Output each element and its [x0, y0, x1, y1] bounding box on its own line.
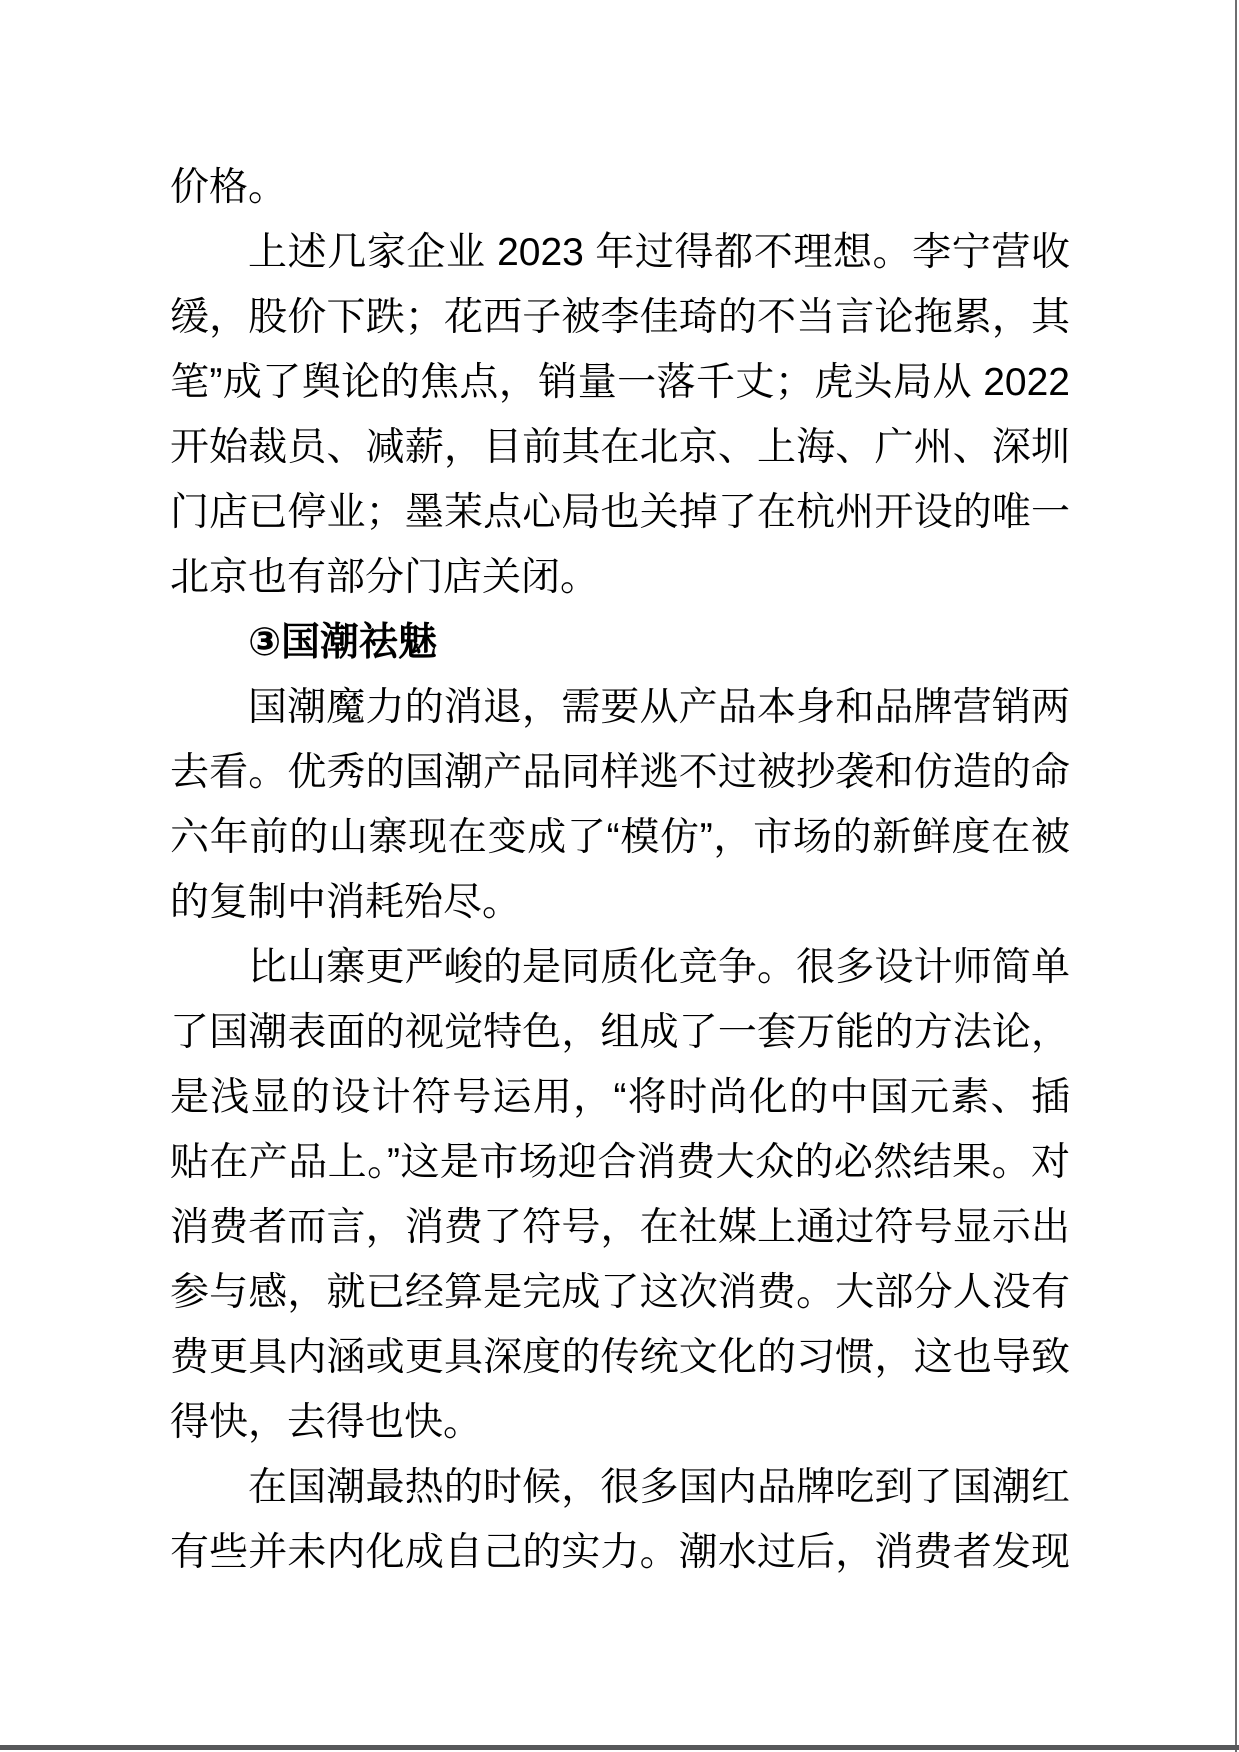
page-text: 价格。 上述几家企业 2023 年过得都不理想。李宁营收增速放 缓，股价下跌；花…: [170, 155, 1070, 1585]
text-line: 价格。: [170, 155, 1070, 220]
text-line: 去看。优秀的国潮产品同样逃不过被抄袭和仿造的命运，五: [170, 740, 1070, 805]
text-line: 贴在产品上。”这是市场迎合消费大众的必然结果。对大多数: [170, 1130, 1070, 1195]
text-line: 开始裁员、减薪，目前其在北京、上海、广州、深圳等多地的: [170, 415, 1070, 480]
text-line: 缓，股价下跌；花西子被李佳琦的不当言论拖累，其“79 元眉: [170, 285, 1070, 350]
text-line: 费更具内涵或更具深度的传统文化的习惯，这也导致他们来: [170, 1325, 1070, 1390]
text-line: 比山寨更严峻的是同质化竞争。很多设计师简单地总结: [170, 935, 1070, 1000]
text-line: 是浅显的设计符号运用，“将时尚化的中国元素、插画，直接: [170, 1065, 1070, 1130]
text-line: 门店已停业；墨茉点心局也关掉了在杭州开设的唯一门店，: [170, 480, 1070, 545]
text-line: 消费者而言，消费了符号，在社媒上通过符号显示出一定的: [170, 1195, 1070, 1260]
text-line: 了国潮表面的视觉特色，组成了一套万能的方法论，设计只: [170, 1000, 1070, 1065]
text-line: 参与感，就已经算是完成了这次消费。大部分人没有养成消: [170, 1260, 1070, 1325]
text-line: 上述几家企业 2023 年过得都不理想。李宁营收增速放: [170, 220, 1070, 285]
text-line: 在国潮最热的时候，很多国内品牌吃到了国潮红利，但: [170, 1455, 1070, 1520]
page-bottom-edge: [0, 1745, 1239, 1750]
text-line: 北京也有部分门店关闭。: [170, 545, 1070, 610]
text-line: 国潮魔力的消退，需要从产品本身和品牌营销两个方面: [170, 675, 1070, 740]
text-line: 笔”成了舆论的焦点，销量一落千丈；虎头局从 2022 年 4 月: [170, 350, 1070, 415]
page-right-border: [1235, 0, 1237, 1752]
text-line: 得快，去得也快。: [170, 1390, 1070, 1455]
text-line: ③国潮祛魅: [170, 610, 1070, 675]
text-line: 的复制中消耗殆尽。: [170, 870, 1070, 935]
text-line: 有些并未内化成自己的实力。潮水过后，消费者发现一些品: [170, 1520, 1070, 1585]
document-page: 价格。 上述几家企业 2023 年过得都不理想。李宁营收增速放 缓，股价下跌；花…: [0, 0, 1239, 1752]
text-line: 六年前的山寨现在变成了“模仿”，市场的新鲜度在被一轮轮: [170, 805, 1070, 870]
